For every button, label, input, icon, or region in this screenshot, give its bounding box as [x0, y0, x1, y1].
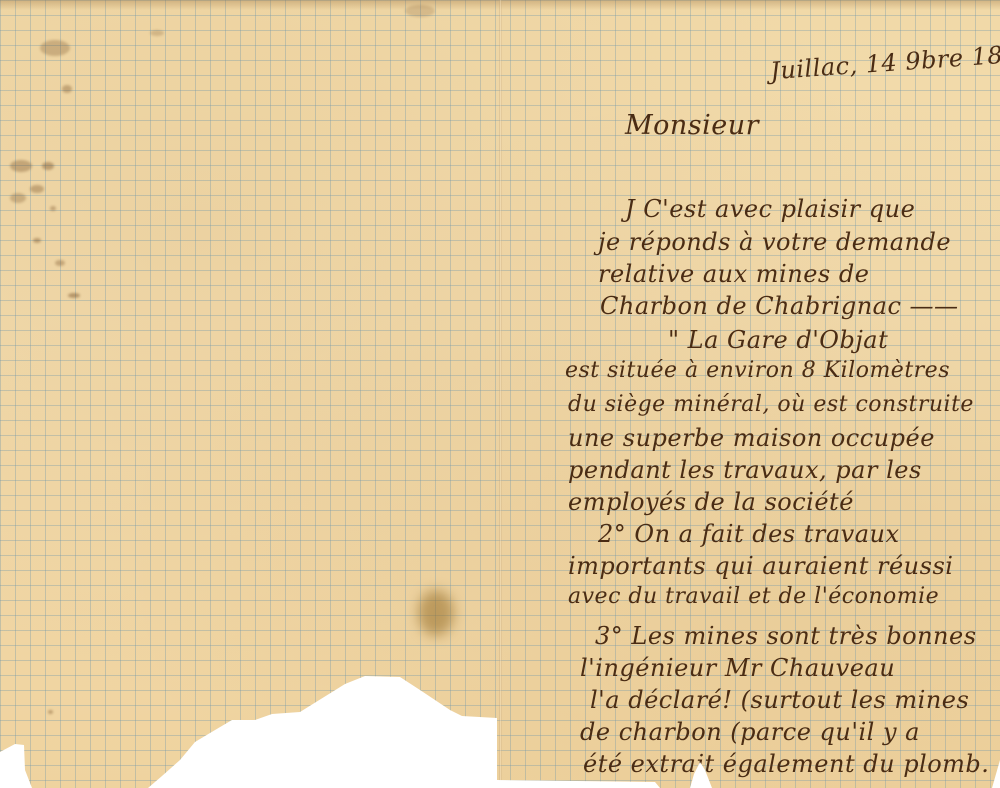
letter-line: importants qui auraient réussi — [568, 552, 953, 580]
stain-spot — [48, 710, 53, 714]
letter-line: " La Gare d'Objat — [668, 326, 888, 354]
stain-spot — [55, 260, 65, 266]
letter-line: employés de la société — [568, 488, 854, 516]
letter-line: l'ingénieur Mr Chauveau — [580, 654, 895, 682]
letter-line: l'a déclaré! (surtout les mines — [590, 686, 969, 714]
stain-spot — [62, 85, 72, 93]
letter-line: 3° Les mines sont très bonnes — [595, 622, 977, 650]
letter-line: été extrait également du plomb. — [583, 750, 989, 778]
letter-line: relative aux mines de — [598, 260, 869, 288]
letter-line: du siège minéral, où est construite — [568, 392, 974, 417]
stain-spot — [150, 30, 164, 36]
letter-line: une superbe maison occupée — [568, 424, 935, 452]
letter-line: pendant les travaux, par les — [568, 456, 922, 484]
letter-line: 2° On a fait des travaux — [598, 520, 900, 548]
stain-spot — [68, 293, 80, 298]
letter-sheet: Juillac, 14 9bre 1895 Monsieur J C'est a… — [0, 0, 1000, 788]
stain-spot — [10, 160, 32, 172]
stain-spot — [405, 5, 435, 17]
stain-spot — [30, 185, 44, 193]
stain-spot — [50, 206, 56, 211]
stain-spot — [40, 40, 70, 56]
letter-line: je réponds à votre demande — [598, 228, 951, 256]
letter-salutation: Monsieur — [625, 110, 759, 141]
stain-spot — [42, 162, 54, 170]
center-fold-crease — [499, 0, 502, 788]
water-stain — [418, 590, 454, 636]
stain-spot — [10, 193, 26, 203]
letter-line: de charbon (parce qu'il y a — [580, 718, 920, 746]
letter-line: J C'est avec plaisir que — [625, 195, 915, 223]
letter-line: avec du travail et de l'économie — [568, 584, 939, 609]
letter-line: est située à environ 8 Kilomètres — [565, 358, 950, 383]
letter-line: Charbon de Chabrignac —— — [600, 292, 959, 320]
stain-spot — [33, 238, 41, 243]
